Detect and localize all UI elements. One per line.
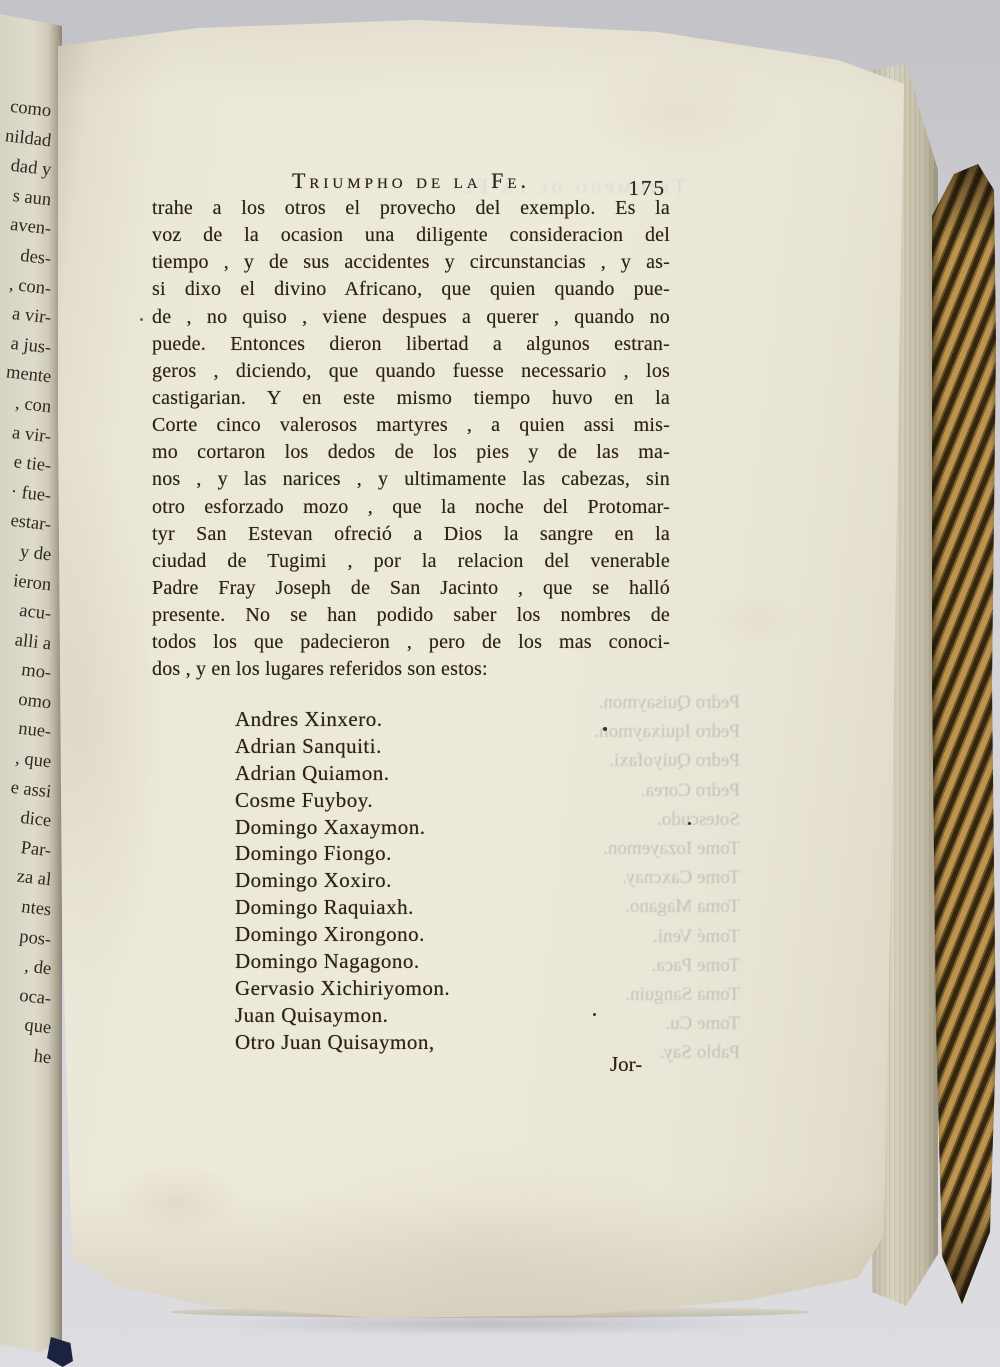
showthrough-line: Pedro Iquixaymon. (550, 717, 740, 746)
body-line: tiempo , y de sus accidentes y circunsta… (152, 249, 670, 276)
ink-speck (140, 318, 143, 321)
showthrough-line: Pedro Quiyofaxi. (550, 746, 740, 775)
body-line: nos , y las narices , y ultimamente las … (152, 466, 670, 493)
showthrough-line: Tome Paca. (550, 951, 740, 980)
binding-decorated-edge (932, 164, 996, 1304)
showthrough-line: Sotescudo. (550, 805, 740, 834)
martyr-name: Cosme Fuyboy. (235, 787, 450, 814)
catchword: Jor- (610, 1052, 642, 1077)
facing-page-fragment: he (0, 1039, 58, 1075)
facing-page-gutter-edge: comonildaddad ys aunaven-des-, con-a vir… (0, 12, 62, 1356)
martyr-name: Andres Xinxero. (235, 706, 450, 733)
body-line: de , no quiso , viene despues a querer ,… (152, 304, 670, 331)
martyr-name: Domingo Xaxaymon. (235, 814, 450, 841)
body-line: tyr San Estevan ofreció a Dios la sangre… (152, 521, 670, 548)
book-photo-scene: comonildaddad ys aunaven-des-, con-a vir… (0, 0, 1000, 1367)
martyr-names-list: Andres Xinxero.Adrian Sanquiti.Adrian Qu… (235, 706, 450, 1056)
martyr-name: Domingo Xoxiro. (235, 867, 450, 894)
martyr-name: Domingo Xirongono. (235, 921, 450, 948)
showthrough-line: Tomé Veni. (550, 922, 740, 951)
martyr-name: Domingo Nagagono. (235, 948, 450, 975)
body-line: dos , y en los lugares referidos son est… (152, 656, 670, 683)
ink-speck (593, 1013, 596, 1016)
body-line: geros , diciendo, que quando fuesse nece… (152, 358, 670, 385)
facing-page-text-fragments: comonildaddad ys aunaven-des-, con-a vir… (0, 98, 56, 1075)
body-line: castigarian. Y en este mismo tiempo huvo… (152, 385, 670, 412)
showthrough-line: Pedro Corea. (550, 776, 740, 805)
body-line: otro esforzado mozo , que la noche del P… (152, 494, 670, 521)
body-line: Padre Fray Joseph de San Jacinto , que s… (152, 575, 670, 602)
ink-speck (603, 727, 607, 731)
martyr-name: Adrian Sanquiti. (235, 733, 450, 760)
martyr-name: Otro Juan Quisaymon, (235, 1029, 450, 1056)
showthrough-line: Pedro Quisaymon. (550, 688, 740, 717)
martyr-name: Domingo Fiongo. (235, 840, 450, 867)
showthrough-line: Pablo Say. (550, 1038, 740, 1067)
body-line: voz de la ocasion una diligente consider… (152, 222, 670, 249)
body-line: presente. No se han podido saber los nom… (152, 602, 670, 629)
showthrough-line: Toma Sanguin. (550, 980, 740, 1009)
running-title: Triumpho de la Fe. (292, 168, 530, 194)
martyr-name: Adrian Quiamon. (235, 760, 450, 787)
page-bottom-shadow (120, 1316, 860, 1342)
showthrough-text-column: Pedro Quisaymon.Pedro Iquixaymon.Pedro Q… (550, 688, 740, 1067)
martyr-name: Domingo Raquiaxh. (235, 894, 450, 921)
showthrough-line: Tome Iozayemon. (550, 834, 740, 863)
martyr-name: Juan Quisaymon. (235, 1002, 450, 1029)
showthrough-line: Tome Caxcnay. (550, 863, 740, 892)
showthrough-line: Toma Magano. (550, 892, 740, 921)
body-line: si dixo el divino Africano, que quien qu… (152, 276, 670, 303)
body-line: todos los que padecieron , pero de los m… (152, 629, 670, 656)
body-line: trahe a los otros el provecho del exempl… (152, 195, 670, 222)
ink-speck (688, 822, 691, 825)
book-page: Triumpho de la Fe. Pedro Quisaymon.Pedro… (58, 20, 904, 1352)
body-line: Corte cinco valerosos martyres , a quien… (152, 412, 670, 439)
body-line: ciudad de Tugimi , por la relacion del v… (152, 548, 670, 575)
martyr-name: Gervasio Xichiriyomon. (235, 975, 450, 1002)
body-line: mo cortaron los dedos de los pies y de l… (152, 439, 670, 466)
cover-corner (47, 1337, 73, 1367)
body-line: puede. Entonces dieron libertad a alguno… (152, 331, 670, 358)
showthrough-line: Tome Cu. (550, 1009, 740, 1038)
body-paragraph: trahe a los otros el provecho del exempl… (152, 195, 670, 684)
